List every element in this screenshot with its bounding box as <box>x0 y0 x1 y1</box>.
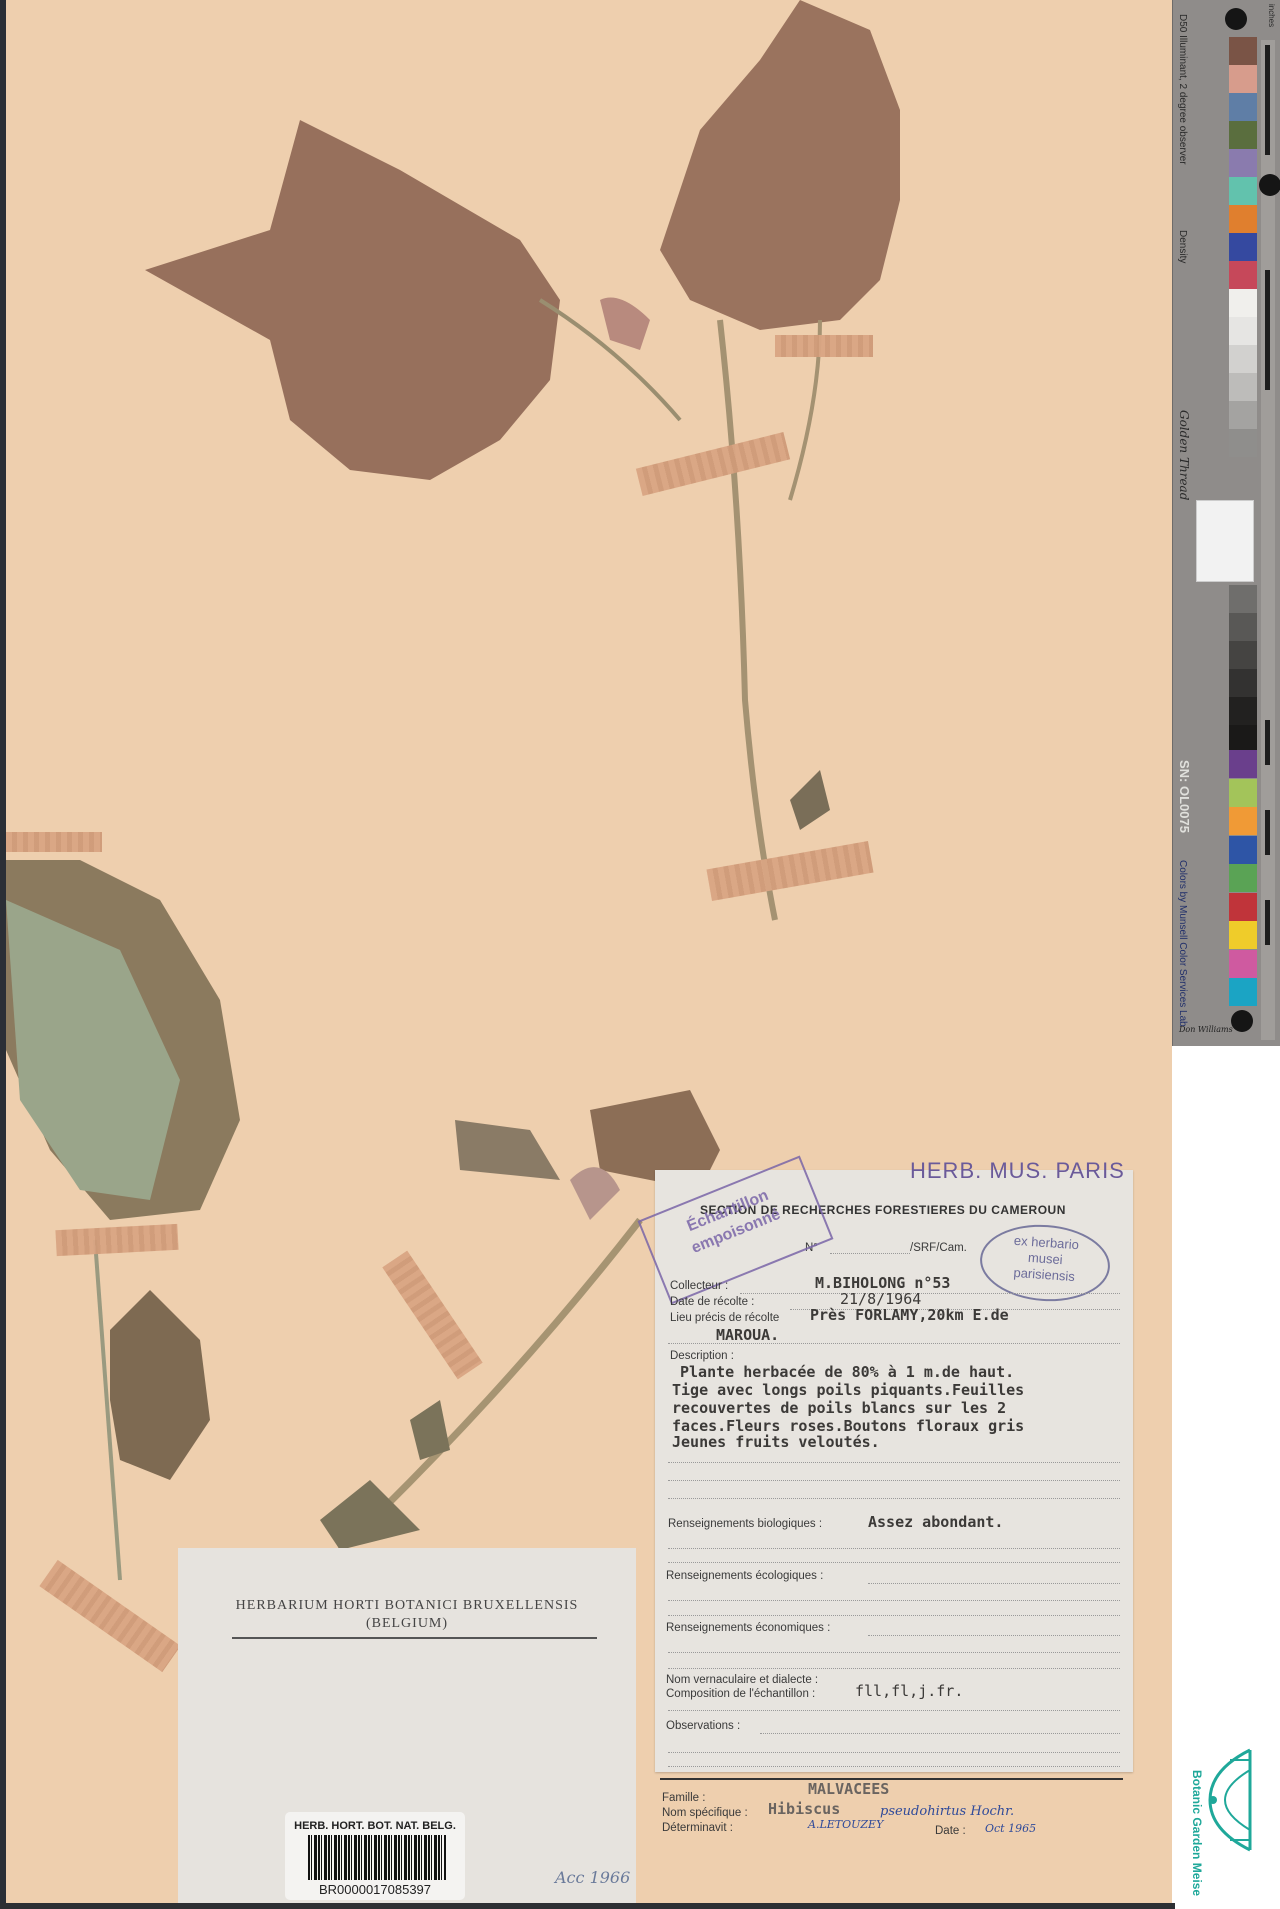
color-swatch <box>1229 345 1257 373</box>
tape-strip <box>6 832 102 852</box>
date-label: Date de récolte : <box>670 1296 754 1308</box>
target-dot-icon <box>1259 174 1280 196</box>
species-label: Nom spécifique : <box>662 1807 748 1819</box>
color-swatch <box>1229 779 1257 807</box>
family-label: Famille : <box>662 1792 705 1804</box>
description-label: Description : <box>670 1350 734 1362</box>
resolution-target <box>1196 500 1254 582</box>
determiner-value: A.LETOUZEY <box>808 1818 883 1831</box>
location-label: Lieu précis de récolte <box>670 1312 779 1324</box>
species-epithet: pseudohirtus Hochr. <box>880 1804 1014 1819</box>
observations-label: Observations : <box>666 1720 740 1732</box>
color-swatch <box>1229 317 1257 345</box>
color-swatch <box>1229 950 1257 978</box>
color-swatch <box>1229 921 1257 949</box>
color-swatch <box>1229 121 1257 149</box>
bio-value: Assez abondant. <box>868 1513 1003 1531</box>
description-line: recouvertes de poils blancs sur les 2 <box>672 1399 1006 1417</box>
barcode-icon <box>308 1835 446 1880</box>
eco-label: Renseignements écologiques : <box>666 1570 823 1582</box>
target-dot-icon <box>1231 1010 1253 1032</box>
description-line: Jeunes fruits veloutés. <box>672 1433 880 1451</box>
collector-label: Collecteur : <box>670 1280 728 1292</box>
color-swatch <box>1229 401 1257 429</box>
color-swatch <box>1229 978 1257 1006</box>
accession-annotation: Acc 1966 <box>555 1868 630 1887</box>
econ-label: Renseignements économiques : <box>666 1622 830 1634</box>
grey-swatch <box>1229 613 1257 641</box>
color-swatch <box>1229 750 1257 778</box>
color-swatch <box>1229 65 1257 93</box>
flower-upper <box>600 298 650 351</box>
sheet-edge <box>0 1903 1175 1909</box>
color-swatch <box>1229 373 1257 401</box>
grey-swatch <box>1229 669 1257 697</box>
leaf-upper-right <box>660 0 900 330</box>
color-swatch <box>1229 177 1257 205</box>
barcode-header: HERB. HORT. BOT. NAT. BELG. <box>285 1820 465 1832</box>
leaf-lower-middle <box>110 1290 210 1480</box>
family-value: MALVACEES <box>808 1780 889 1798</box>
composition-label: Composition de l'échantillon : <box>666 1688 815 1700</box>
date-determined-label: Date : <box>935 1825 966 1837</box>
composition-value: fll,fl,j.fr. <box>855 1682 963 1700</box>
location-value: Près FORLAMY,20km E.de <box>810 1306 1009 1324</box>
barcode-number: BR0000017085397 <box>285 1882 465 1897</box>
location-value-2: MAROUA. <box>716 1326 779 1344</box>
color-swatch <box>1229 93 1257 121</box>
bio-label: Renseignements biologiques : <box>668 1518 822 1530</box>
grey-swatch <box>1229 725 1257 753</box>
genus-value: Hibiscus <box>768 1800 840 1818</box>
institution-title: HERBARIUM HORTI BOTANICI BRUXELLENSIS (B… <box>178 1597 636 1633</box>
color-swatch <box>1229 893 1257 921</box>
color-swatch <box>1229 37 1257 65</box>
color-swatch <box>1229 233 1257 261</box>
grey-swatch <box>1229 585 1257 613</box>
botanic-garden-logo-icon <box>1205 1740 1255 1860</box>
color-swatch <box>1229 205 1257 233</box>
color-swatch <box>1229 864 1257 892</box>
tape-strip <box>775 335 873 357</box>
grey-swatch <box>1229 697 1257 725</box>
herb-mus-paris-stamp: HERB. MUS. PARIS <box>910 1158 1125 1184</box>
color-swatch <box>1229 289 1257 317</box>
target-dot-icon <box>1225 8 1247 30</box>
color-swatch <box>1229 807 1257 835</box>
number-suffix: /SRF/Cam. <box>910 1242 967 1254</box>
date-determined-value: Oct 1965 <box>985 1822 1036 1835</box>
vernacular-label: Nom vernaculaire et dialecte : <box>666 1674 818 1686</box>
color-swatch <box>1229 261 1257 289</box>
determiner-label: Déterminavit : <box>662 1822 733 1834</box>
color-swatch <box>1229 836 1257 864</box>
color-swatch <box>1229 149 1257 177</box>
description-line: Tige avec longs poils piquants.Feuilles <box>672 1381 1024 1399</box>
label-rule <box>232 1637 597 1639</box>
description-line: Plante herbacée de 80% à 1 m.de haut. <box>680 1363 1014 1381</box>
logo-text: Botanic Garden Meise <box>1190 1770 1204 1896</box>
color-swatch <box>1229 429 1257 457</box>
label-divider <box>660 1778 1123 1780</box>
grey-swatch <box>1229 641 1257 669</box>
leaf-upper-left <box>145 120 560 480</box>
